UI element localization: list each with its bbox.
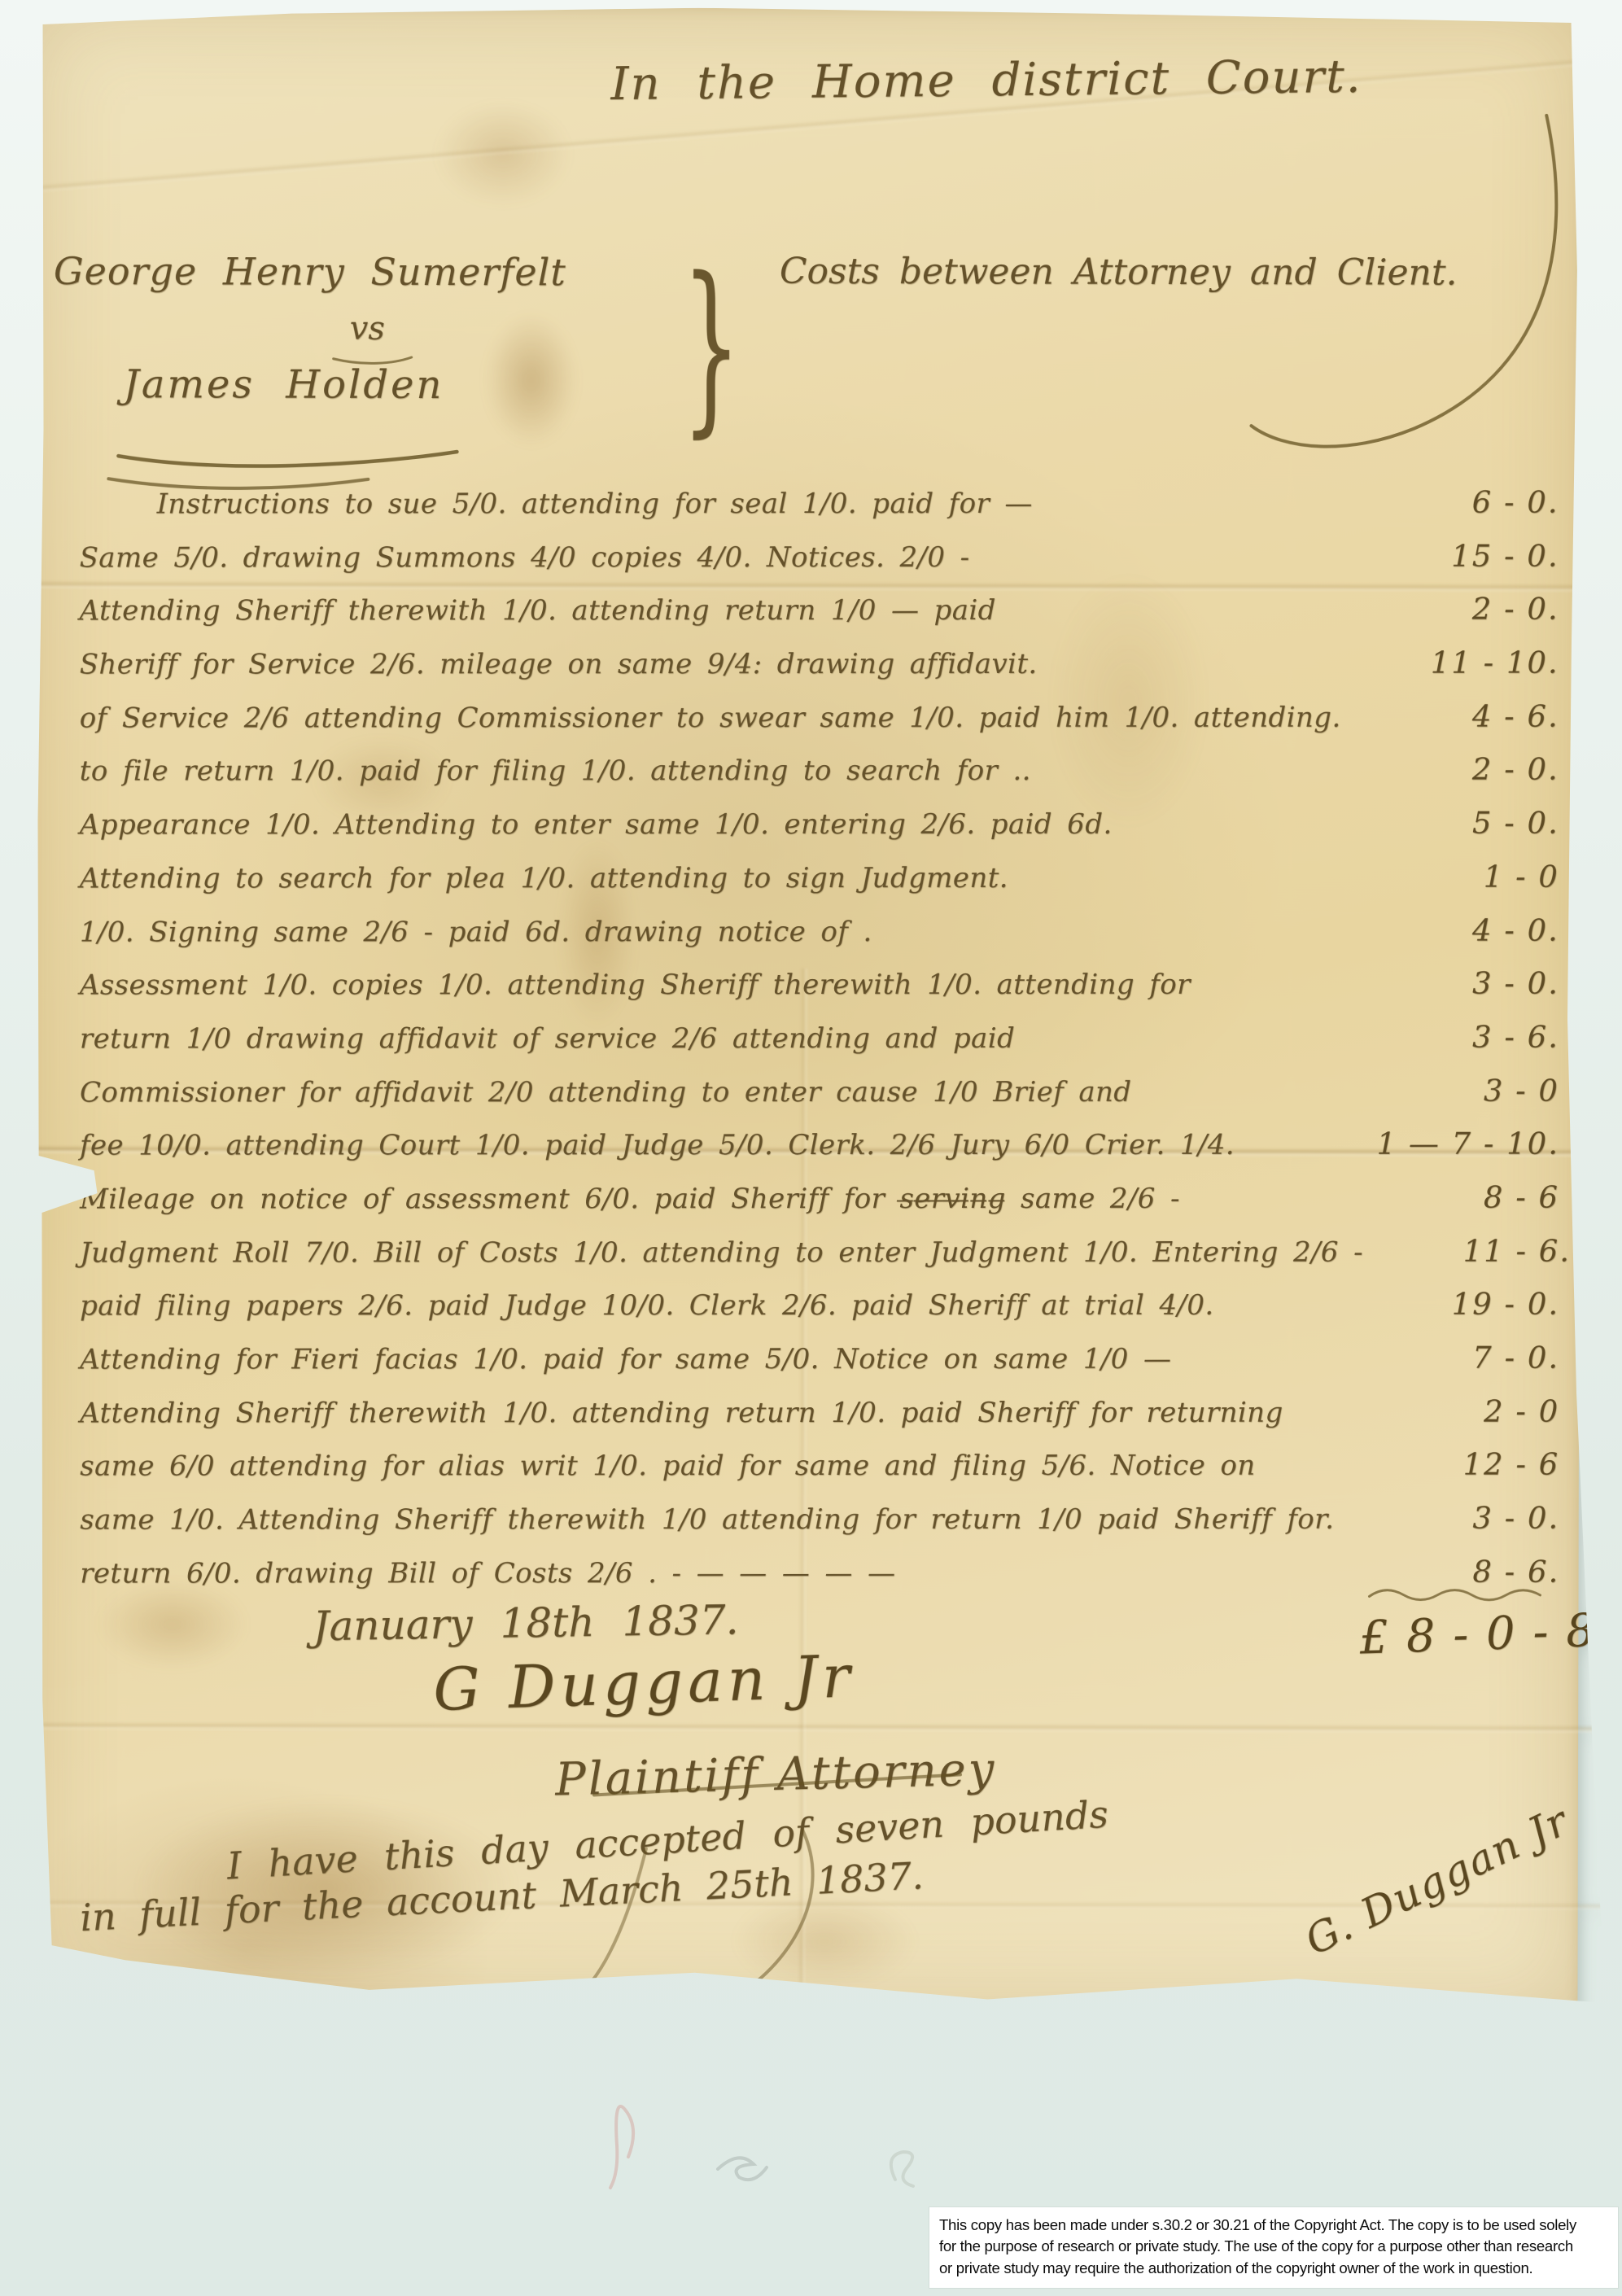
court-header: In the Home district Court. bbox=[610, 50, 1362, 111]
paper-stain bbox=[413, 85, 592, 223]
cost-item-row: return 1/0 drawing affidavit of service … bbox=[80, 1010, 1559, 1065]
item-amount: 11 - 10. bbox=[1352, 636, 1559, 690]
item-amount: 3 - 0 bbox=[1352, 1064, 1559, 1117]
item-amount: 5 - 0. bbox=[1352, 797, 1559, 851]
receipt-signature: G. Duggan Jr bbox=[1298, 1797, 1576, 1965]
cost-item-row: Attending Sheriff therewith 1/0. attendi… bbox=[80, 583, 1559, 637]
cost-item-row: Attending Sheriff therewith 1/0. attendi… bbox=[80, 1384, 1559, 1439]
cost-item-row: return 6/0. drawing Bill of Costs 2/6 . … bbox=[80, 1545, 1559, 1599]
item-description: Attending to search for plea 1/0. attend… bbox=[80, 852, 1008, 906]
cost-item-row: same 6/0 attending for alias writ 1/0. p… bbox=[80, 1438, 1559, 1493]
grand-total: £ 8 - 0 - 8 bbox=[1358, 1604, 1597, 1665]
faint-red-scribbles bbox=[407, 1994, 1058, 2198]
aged-paper-sheet: In the Home district Court. George Henry… bbox=[27, 7, 1581, 2014]
item-amount: 2 - 0. bbox=[1352, 743, 1559, 797]
item-description: Commissioner for affidavit 2/0 attending… bbox=[80, 1065, 1132, 1119]
item-amount: 7 - 0. bbox=[1352, 1332, 1559, 1385]
item-description: return 6/0. drawing Bill of Costs 2/6 . … bbox=[80, 1547, 895, 1601]
item-description: Attending Sheriff therewith 1/0. attendi… bbox=[80, 1386, 1283, 1440]
cost-item-row: Assessment 1/0. copies 1/0. attending Sh… bbox=[80, 957, 1559, 1012]
item-amount: 3 - 0. bbox=[1352, 957, 1559, 1011]
item-description: of Service 2/6 attending Commissioner to… bbox=[80, 691, 1341, 746]
copyright-line-1: This copy has been made under s.30.2 or … bbox=[939, 2215, 1608, 2236]
cost-item-row: Judgment Roll 7/0. Bill of Costs 1/0. at… bbox=[80, 1224, 1559, 1279]
item-description: Assessment 1/0. copies 1/0. attending Sh… bbox=[80, 959, 1191, 1012]
item-amount: 4 - 0. bbox=[1352, 903, 1559, 957]
attorney-role: Plaintiff Attorney bbox=[554, 1743, 997, 1806]
cost-item-row: Mileage on notice of assessment 6/0. pai… bbox=[80, 1171, 1559, 1226]
fold-crease bbox=[3, 1722, 1602, 1733]
cost-item-row: Attending to search for plea 1/0. attend… bbox=[80, 850, 1559, 904]
scanned-document-page: { "header": { "court": "In the Home dist… bbox=[0, 0, 1622, 2296]
item-amount: 2 - 0. bbox=[1352, 583, 1559, 636]
item-amount: 4 - 6. bbox=[1352, 689, 1559, 743]
cost-item-row: to file return 1/0. paid for filing 1/0.… bbox=[80, 743, 1559, 798]
item-description: fee 10/0. attending Court 1/0. paid Judg… bbox=[80, 1119, 1235, 1173]
versus-label: vs bbox=[350, 310, 385, 348]
item-description: Mileage on notice of assessment 6/0. pai… bbox=[80, 1173, 1180, 1227]
copyright-line-3: or private study may require the authori… bbox=[939, 2258, 1608, 2279]
copyright-notice: This copy has been made under s.30.2 or … bbox=[929, 2207, 1618, 2288]
bill-date: January 18th 1837. bbox=[313, 1596, 739, 1650]
item-amount: 1 — 7 - 10. bbox=[1352, 1117, 1559, 1171]
item-description: Judgment Roll 7/0. Bill of Costs 1/0. at… bbox=[80, 1226, 1363, 1280]
item-description: Instructions to sue 5/0. attending for s… bbox=[80, 478, 1033, 531]
item-amount: 8 - 6. bbox=[1352, 1545, 1559, 1598]
case-brace: } bbox=[681, 252, 741, 440]
costs-title: Costs between Attorney and Client. bbox=[780, 251, 1458, 294]
item-description: return 1/0 drawing affidavit of service … bbox=[80, 1012, 1015, 1066]
cost-item-row: Attending for Fieri facias 1/0. paid for… bbox=[80, 1332, 1559, 1386]
item-description: Attending Sheriff therewith 1/0. attendi… bbox=[80, 584, 996, 638]
defendant-underline bbox=[118, 451, 457, 466]
item-description: same 1/0. Attending Sheriff therewith 1/… bbox=[80, 1493, 1334, 1548]
item-amount: 3 - 0. bbox=[1352, 1492, 1559, 1546]
item-amount: 3 - 6. bbox=[1352, 1010, 1559, 1064]
attorney-signature: G Duggan Jr bbox=[432, 1642, 856, 1724]
cost-item-row: 1/0. Signing same 2/6 - paid 6d. drawing… bbox=[80, 903, 1559, 958]
cost-item-row: fee 10/0. attending Court 1/0. paid Judg… bbox=[80, 1117, 1559, 1172]
cost-item-row: Commissioner for affidavit 2/0 attending… bbox=[80, 1064, 1559, 1118]
item-amount: 6 - 0. bbox=[1352, 476, 1559, 530]
item-amount: 12 - 6 bbox=[1352, 1438, 1559, 1492]
cost-item-row: Same 5/0. drawing Summons 4/0 copies 4/0… bbox=[80, 529, 1559, 584]
item-description: Sheriff for Service 2/6. mileage on same… bbox=[80, 638, 1038, 692]
item-description: Appearance 1/0. Attending to enter same … bbox=[80, 798, 1113, 852]
cost-item-row: of Service 2/6 attending Commissioner to… bbox=[80, 689, 1559, 744]
cost-item-row: paid filing papers 2/6. paid Judge 10/0.… bbox=[80, 1278, 1559, 1332]
item-description: 1/0. Signing same 2/6 - paid 6d. drawing… bbox=[80, 906, 872, 960]
item-description: paid filing papers 2/6. paid Judge 10/0.… bbox=[80, 1279, 1214, 1333]
cost-items-list: Instructions to sue 5/0. attending for s… bbox=[80, 476, 1560, 1599]
item-amount: 2 - 0 bbox=[1352, 1384, 1559, 1438]
defendant-name: James Holden bbox=[124, 361, 444, 408]
item-amount: 8 - 6 bbox=[1352, 1171, 1559, 1225]
item-description: to file return 1/0. paid for filing 1/0.… bbox=[80, 745, 1031, 798]
item-amount: 11 - 6. bbox=[1363, 1224, 1571, 1278]
item-amount: 1 - 0 bbox=[1352, 850, 1559, 903]
item-description: Same 5/0. drawing Summons 4/0 copies 4/0… bbox=[80, 531, 970, 585]
cost-item-row: Appearance 1/0. Attending to enter same … bbox=[80, 797, 1559, 851]
item-description: same 6/0 attending for alias writ 1/0. p… bbox=[80, 1440, 1255, 1493]
cost-item-row: same 1/0. Attending Sheriff therewith 1/… bbox=[80, 1492, 1559, 1546]
cost-item-row: Instructions to sue 5/0. attending for s… bbox=[80, 476, 1559, 531]
paper-stain bbox=[470, 292, 592, 467]
plaintiff-name: George Henry Sumerfelt bbox=[54, 249, 566, 294]
item-amount: 19 - 0. bbox=[1352, 1278, 1559, 1332]
item-amount: 15 - 0. bbox=[1352, 529, 1559, 583]
item-description: Attending for Fieri facias 1/0. paid for… bbox=[80, 1333, 1171, 1387]
cost-item-row: Sheriff for Service 2/6. mileage on same… bbox=[80, 636, 1559, 691]
copyright-line-2: for the purpose of research or private s… bbox=[939, 2236, 1608, 2257]
